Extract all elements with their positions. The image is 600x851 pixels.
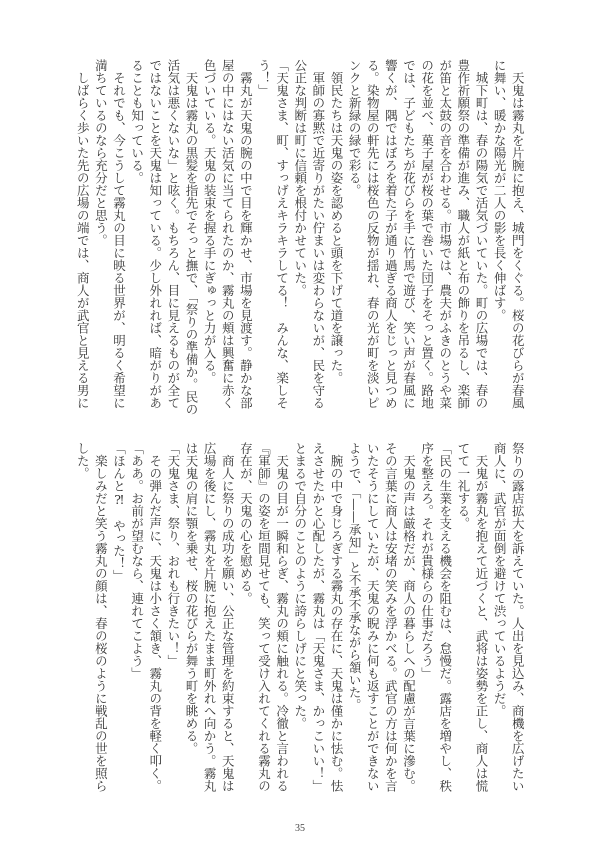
text-column: しばらく歩いた先の広場の端では、商人が武官と見える男に: [73, 59, 91, 411]
text-column: 「民の生業を支える機会を阻むは、怠慢だ。露店を増やし、秩: [436, 442, 454, 794]
text-column: 腕の中で身じろぎする霧丸の存在に、天鬼は僅かに怯む。怯: [327, 442, 345, 794]
text-column: ることも知っている。: [127, 59, 145, 411]
text-column: 城下町は、春の陽気で活気づいていた。町の広場では、春の: [472, 59, 490, 411]
text-column: では、子どもたちが花びらを手に竹馬で遊び、笑い声が春風に: [399, 59, 417, 411]
text-column: 満ちているのなら充分だと思う。: [91, 59, 109, 411]
text-column: 「ほんと⁈ やった！」: [109, 442, 127, 794]
page-number: 35: [0, 824, 600, 834]
text-column: いたそうにしていたが、天鬼の睨みに何も返すことができない: [363, 442, 381, 794]
text-column: 軍師の寡黙で近寄りがたい佇まいは変わらないが、民を守る: [309, 59, 327, 411]
text-column: 広場を後にし、霧丸を片腕に抱えたまま町外れへ向かう。霧丸: [200, 442, 218, 794]
text-column: 豊作祈願祭の準備が進み、職人が紙と布の飾りを吊るし、楽師: [454, 59, 472, 411]
text-column: ではないことを天鬼は知っている。少し外れれば、暗がりがあ: [146, 59, 164, 411]
text-column: 天鬼の目が一瞬和らぎ、霧丸の頬に触れる。冷徹と言われる: [272, 442, 290, 794]
text-column: 霧丸が天鬼の腕の中で目を輝かせ、市場を見渡す。静かな部: [236, 59, 254, 411]
text-column: 活気は悪くないな」と呟く。もちろん、目に見えるものが全て: [164, 59, 182, 411]
text-column: 「天鬼さま、町、すっげえキラキラしてる！ みんな、楽しそ: [272, 59, 290, 411]
text-column: 存在が、天鬼の心を慰める。: [236, 442, 254, 794]
text-column: 序を整えろ。それが貴様らの仕事だろう」: [417, 442, 435, 794]
text-column: ようで、「——承知」と不承不承ながら頷いた。: [345, 442, 363, 794]
text-column: 領民たちは天鬼の姿を認めると頭を下げて道を譲った。: [327, 59, 345, 411]
text-column: 公正な判断は町に信頼を根付かせていた。: [291, 59, 309, 411]
text-column: る。染物屋の軒先には桜色の反物が揺れ、春の光が町を淡いピ: [363, 59, 381, 411]
text-column: が笛と太鼓の音を合わせる。市場では、農夫がふきのとうや菜: [436, 59, 454, 411]
text-column: てて一礼する。: [454, 442, 472, 794]
text-column: 屋の中にはない活気に当てられたのか、霧丸の頬は興奮に赤く: [218, 59, 236, 411]
text-column: 商人に、武官が面倒を避けて渋っているようだ。: [490, 442, 508, 794]
text-column: その言葉に商人は安堵の笑みを浮かべる。武官の方は何かを言: [381, 442, 399, 794]
text-column: 天鬼の声は厳格だが、商人の暮らしへの配慮が言葉に滲む。: [399, 442, 417, 794]
text-column: 響くが、隅ではぼろを着た子が通り過ぎる商人をじっと見つめ: [381, 59, 399, 411]
text-column: 「ああ。お前が望むなら、連れてこよう」: [127, 442, 145, 794]
text-column: とまるで自分のことのように誇らしげにと笑った。: [291, 442, 309, 794]
text-column: 楽しみだと笑う霧丸の顔は、春の桜のように戦乱の世を照ら: [91, 442, 109, 794]
text-column: 「天鬼さま、祭り、おれも行きたい！」: [164, 442, 182, 794]
text-column: に舞い、暖かな陽光が二人の影を長く伸ばす。: [490, 59, 508, 411]
text-column: えさせたかと心配したが、霧丸は「天鬼さま、かっこいい！」: [309, 442, 327, 794]
lower-text-block: 祭りの露店拡大を訴えていた。人出を見込み、商機を広げたい 商人に、武官が面倒を避…: [73, 442, 526, 794]
upper-text-block: 天鬼は霧丸を片腕に抱え、城門をくぐる。桜の花びらが春風 に舞い、暖かな陽光が二人…: [73, 59, 526, 411]
text-column: その弾んだ声に、天鬼は小さく頷き、霧丸の背を軽く叩く。: [146, 442, 164, 794]
text-column: した。: [73, 442, 91, 794]
text-column: う！」: [254, 59, 272, 411]
text-column: 『軍師』の姿を垣間見せても、笑って受け入れてくれる霧丸の: [254, 442, 272, 794]
text-column: 天鬼は霧丸を片腕に抱え、城門をくぐる。桜の花びらが春風: [508, 59, 526, 411]
text-column: 祭りの露店拡大を訴えていた。人出を見込み、商機を広げたい: [508, 442, 526, 794]
text-column: 天鬼が霧丸を抱えて近づくと、武将は姿勢を正し、商人は慌: [472, 442, 490, 794]
text-column: の花を並べ、菓子屋が桜の葉で巻いた団子をそっと置く。路地: [417, 59, 435, 411]
text-column: 商人に祭りの成功を願い、公正な管理を約束すると、天鬼は: [218, 442, 236, 794]
text-column: ンクと新緑の緑で彩る。: [345, 59, 363, 411]
book-page: 天鬼は霧丸を片腕に抱え、城門をくぐる。桜の花びらが春風 に舞い、暖かな陽光が二人…: [0, 0, 600, 851]
text-column: 色づいている。天鬼の装束を握る手にぎゅっと力が入る。: [200, 59, 218, 411]
text-column: は天鬼の肩に顎を乗せ、桜の花びらが舞う町を眺める。: [182, 442, 200, 794]
text-column: それでも、今こうして霧丸の目に映る世界が、明るく希望に: [109, 59, 127, 411]
text-column: 天鬼は霧丸の黒髪を指先でそっと撫で、「祭りの準備か。民の: [182, 59, 200, 411]
